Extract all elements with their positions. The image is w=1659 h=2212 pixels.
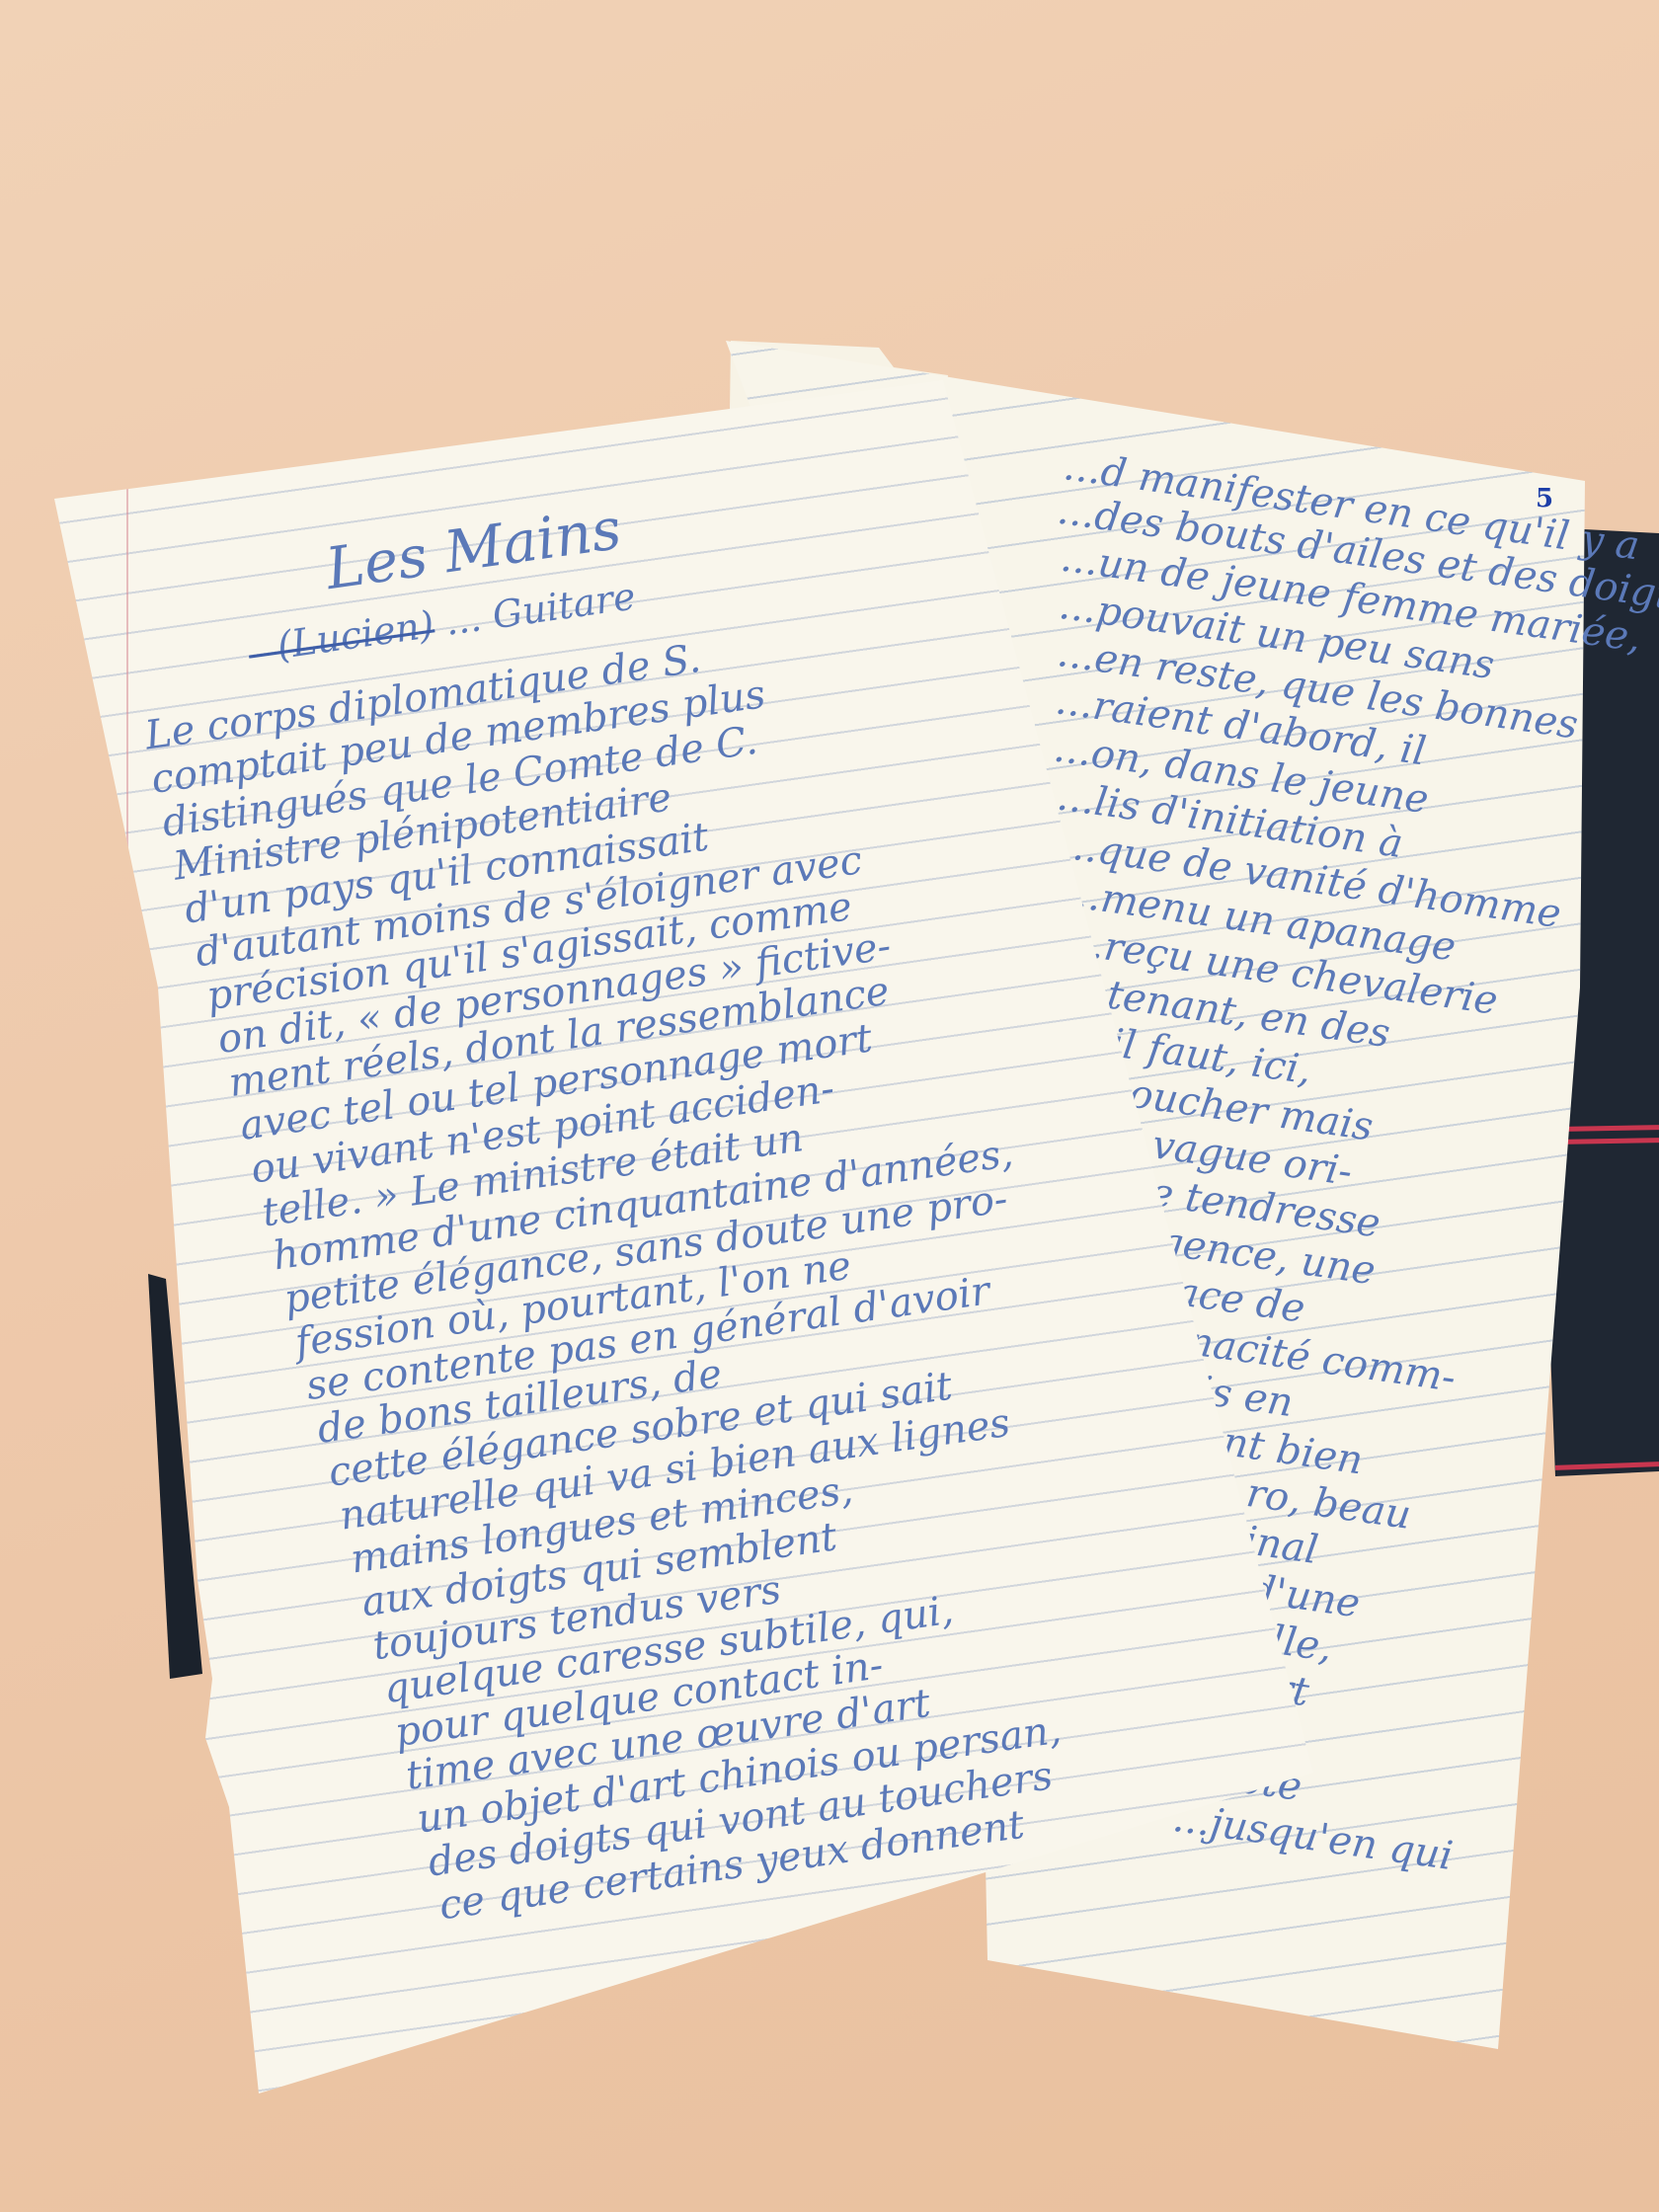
page-number-5: 5 — [1536, 484, 1553, 513]
